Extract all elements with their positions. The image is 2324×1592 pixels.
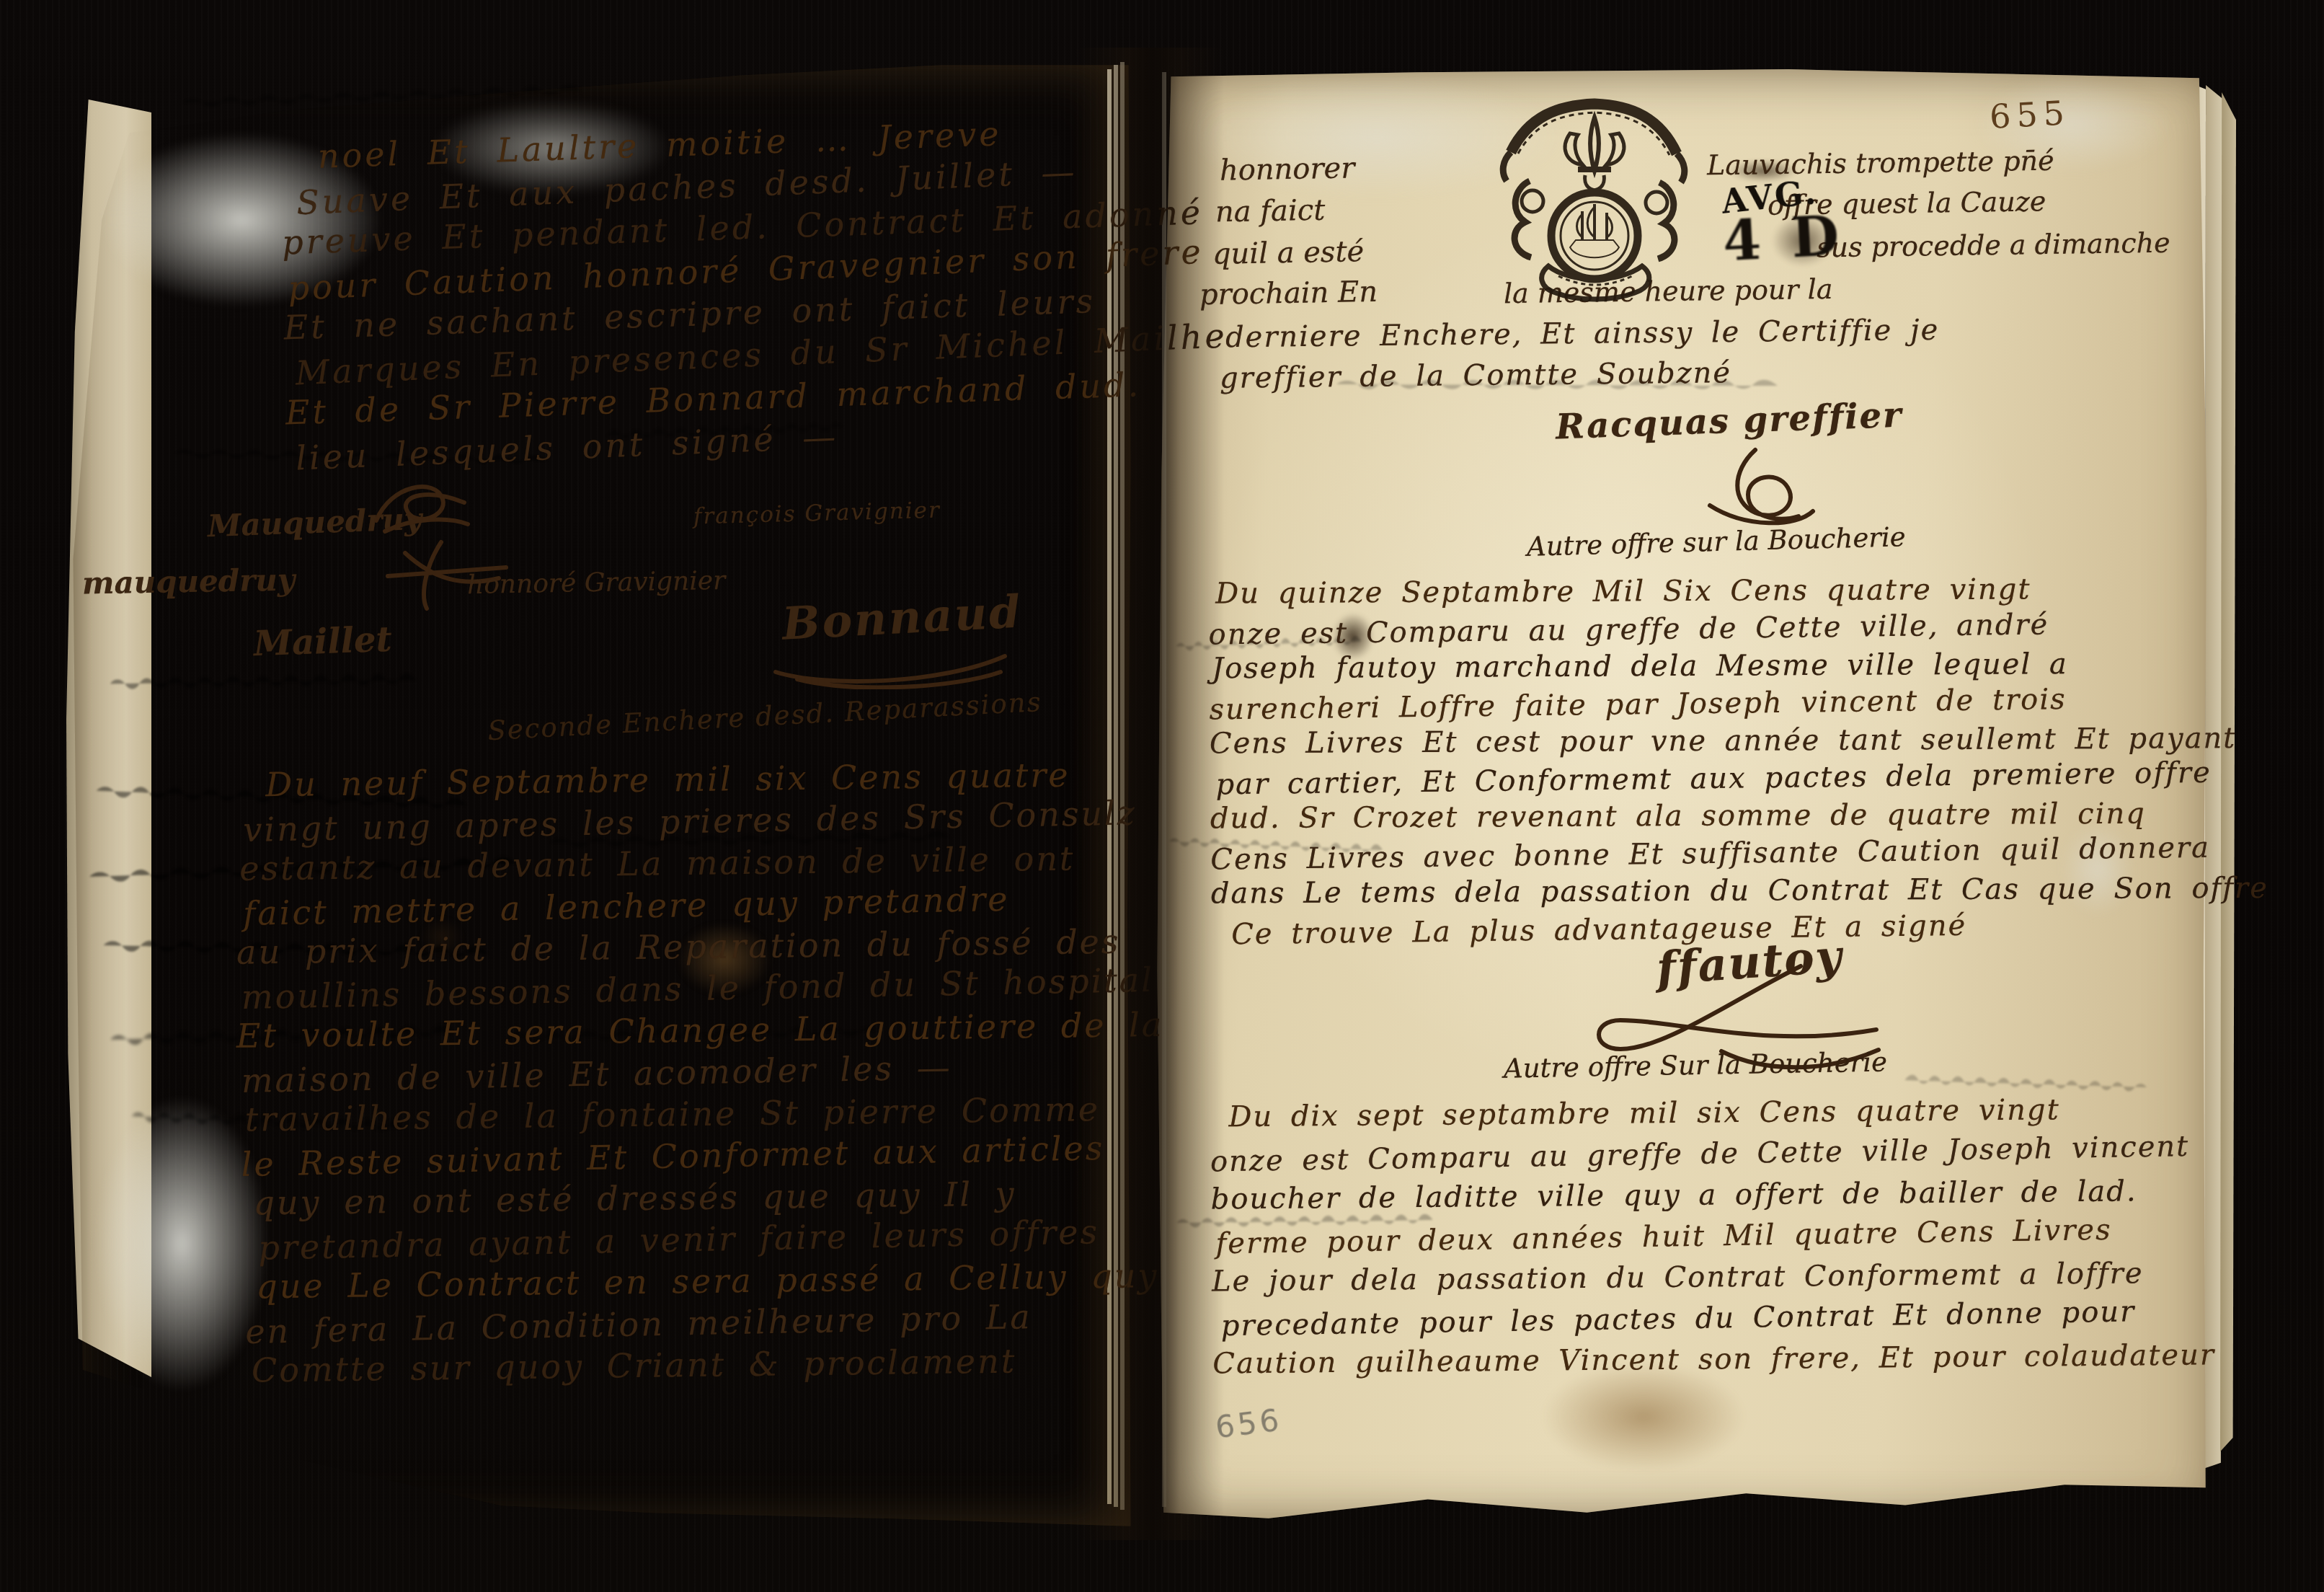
- paraph-flourish: [1687, 443, 1824, 536]
- stamp-denomination: 4 D: [1721, 203, 1847, 274]
- manuscript-line: Lauvachis trompette pn̄é: [1707, 145, 2054, 182]
- signature-maillet: Maillet: [253, 619, 392, 665]
- manuscript-line: greffier de la Comtte Soubzné: [1220, 356, 1732, 394]
- stamp-fleur-de-lis-icon: [1565, 118, 1624, 190]
- fiscal-stamp: [1460, 94, 1729, 319]
- manuscript-line: Caution guilheaume Vincent son frere, Et…: [1212, 1335, 2215, 1384]
- opening-paragraph: noel Et Laultre moitie … JereveSuave Et …: [275, 104, 1231, 479]
- manuscript-line: honnorer: [1220, 151, 1355, 187]
- folio-number-ink: 655: [1989, 93, 2071, 136]
- manuscript-line: sus procedde a dimanche: [1817, 227, 2170, 264]
- manuscript-line: prochain En: [1199, 275, 1378, 311]
- second-auction-paragraph: Du neuf Septambre mil six Cens quatrevin…: [232, 751, 1169, 1393]
- offer-2-paragraph: Du dix sept septambre mil six Cens quatr…: [1210, 1087, 2215, 1387]
- signature-gravignier-honnore: honnoré Gravignier: [467, 566, 726, 600]
- stamp-ship-icon: [1551, 193, 1638, 279]
- manuscript-photograph: noel Et Laultre moitie … JereveSuave Et …: [0, 0, 2324, 1592]
- manuscript-line: quil a esté: [1212, 235, 1365, 271]
- signature-mauquedruy-lower: mauquedruy: [82, 562, 296, 601]
- offer-1-paragraph: Du quinze Septambre Mil Six Cens quatre …: [1208, 567, 2268, 952]
- paraph-flourish: [768, 643, 1016, 689]
- manuscript-line: na faict: [1215, 194, 1326, 229]
